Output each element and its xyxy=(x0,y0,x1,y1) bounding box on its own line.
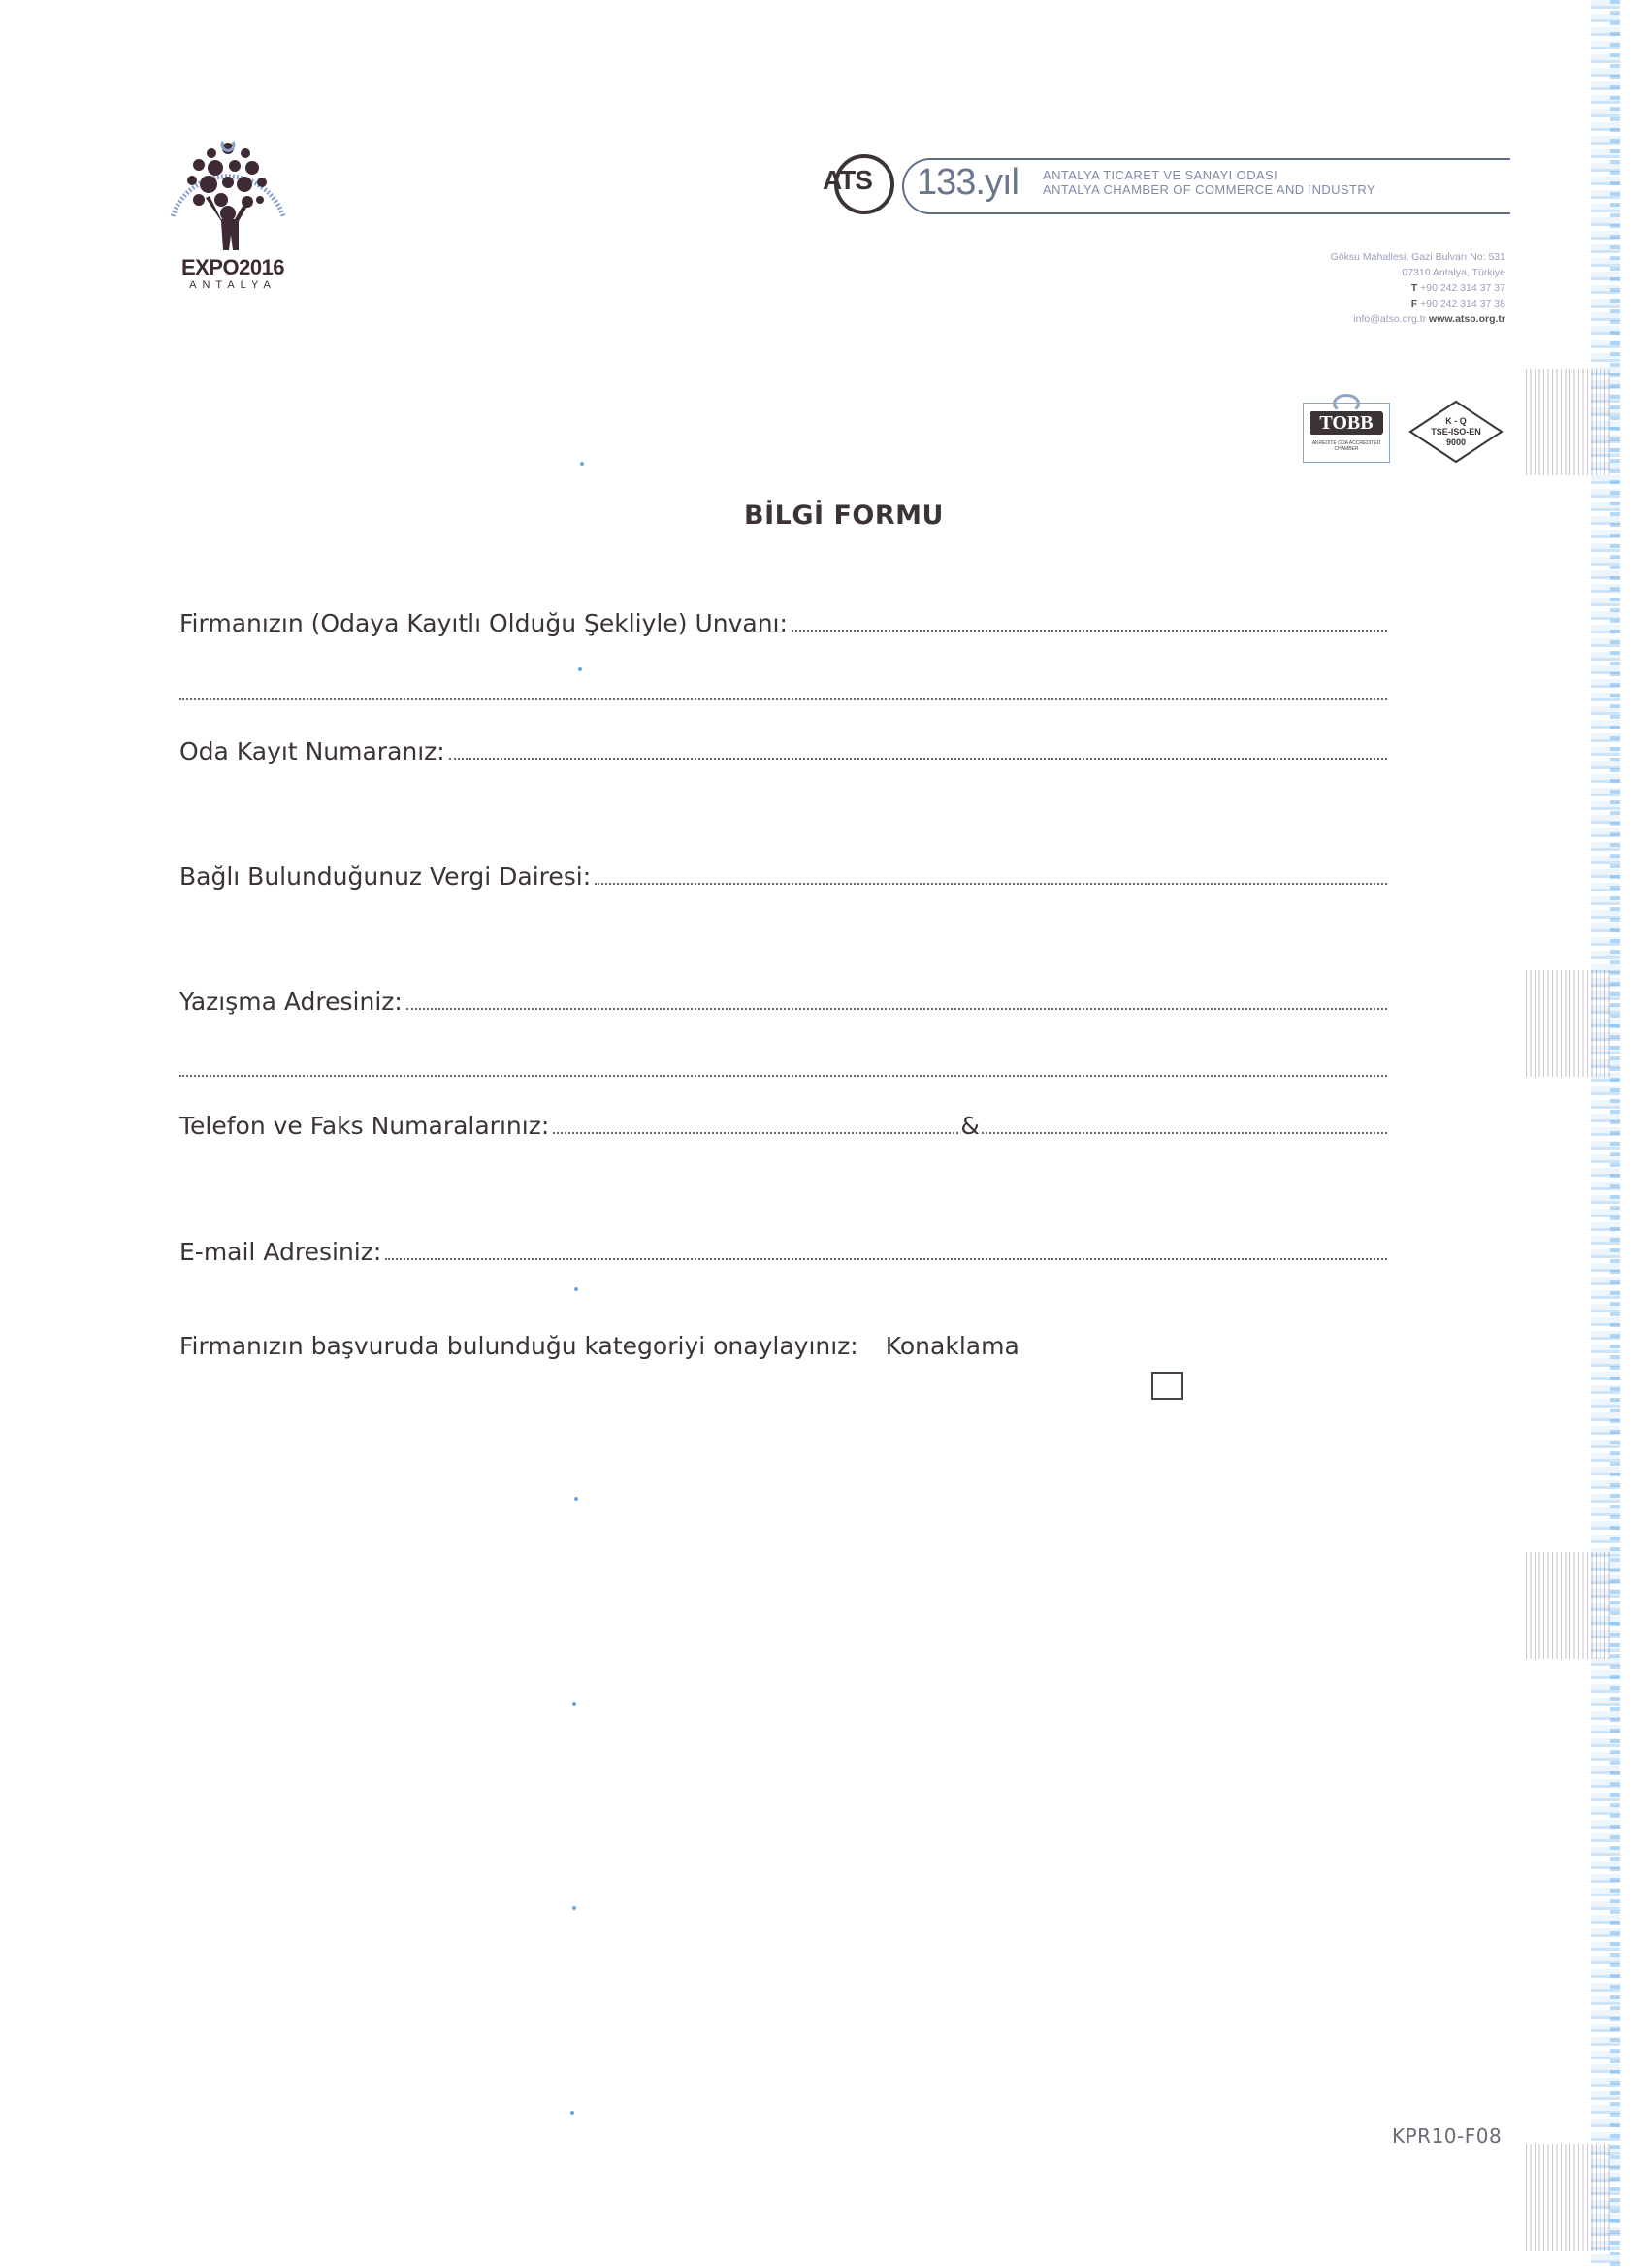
field-phone-fax[interactable]: Telefon ve Faks Numaralarınız: & xyxy=(179,1112,1387,1140)
fill-line[interactable] xyxy=(449,757,1387,760)
tobb-accreditation-logo: TOBB AKREDITE ODA ACCREDITED CHAMBER xyxy=(1303,403,1390,463)
phone-number: +90 242 314 37 37 xyxy=(1420,282,1505,294)
form-code: KPR10-F08 xyxy=(1392,2124,1502,2148)
address-line-1: Göksu Mahallesi, Gazi Bulvarı No: 531 xyxy=(1331,249,1505,265)
fax-number: +90 242 314 37 38 xyxy=(1420,298,1505,309)
scan-speck xyxy=(580,462,584,466)
tobb-label: TOBB xyxy=(1309,411,1383,435)
field-tax-office[interactable]: Bağlı Bulunduğunuz Vergi Dairesi: xyxy=(179,862,1387,891)
phone-line: T +90 242 314 37 37 xyxy=(1331,280,1505,296)
org-name-tr: ANTALYA TICARET VE SANAYI ODASI xyxy=(1043,168,1375,182)
field-label: Bağlı Bulunduğunuz Vergi Dairesi: xyxy=(179,862,591,891)
scan-streak xyxy=(1523,369,1610,475)
org-name-en: ANTALYA CHAMBER OF COMMERCE AND INDUSTRY xyxy=(1043,182,1375,197)
scan-streak xyxy=(1610,0,1620,2268)
fill-line[interactable] xyxy=(595,882,1387,885)
scan-speck xyxy=(578,667,582,671)
category-option: Konaklama xyxy=(886,1332,1019,1360)
fax-prefix: F xyxy=(1411,298,1417,309)
field-email[interactable]: E-mail Adresiniz: xyxy=(179,1238,1387,1266)
fill-line[interactable] xyxy=(792,629,1387,632)
kq-line-2: TSE-ISO-EN xyxy=(1406,427,1505,437)
ats-letters: ATS xyxy=(823,165,872,196)
category-prompt: Firmanızın başvuruda bulunduğu kategoriy… xyxy=(179,1332,858,1360)
field-label: Oda Kayıt Numaranız: xyxy=(179,737,445,765)
field-label: Yazışma Adresiniz: xyxy=(179,988,403,1016)
web-line: info@atso.org.tr www.atso.org.tr xyxy=(1331,311,1505,327)
field-registration-number[interactable]: Oda Kayıt Numaranız: xyxy=(179,737,1387,765)
field-label: E-mail Adresiniz: xyxy=(179,1238,381,1266)
scan-speck xyxy=(570,2111,574,2115)
field-label: Telefon ve Faks Numaralarınız: xyxy=(179,1112,549,1140)
fill-line-continued[interactable] xyxy=(179,1075,1387,1077)
expo-subtitle: ANTALYA xyxy=(175,279,291,291)
kq-line-1: K - Q xyxy=(1406,416,1505,427)
scan-speck xyxy=(572,1702,576,1706)
org-name: ANTALYA TICARET VE SANAYI ODASI ANTALYA … xyxy=(1043,168,1375,197)
contact-block: Göksu Mahallesi, Gazi Bulvarı No: 531 07… xyxy=(1331,249,1505,327)
phone-prefix: T xyxy=(1411,282,1417,294)
email-link[interactable]: info@atso.org.tr xyxy=(1353,313,1426,325)
tobb-subtitle: AKREDITE ODA ACCREDITED CHAMBER xyxy=(1308,440,1385,452)
kq-text: K - Q TSE-ISO-EN 9000 xyxy=(1406,416,1505,448)
fax-line: F +90 242 314 37 38 xyxy=(1331,296,1505,311)
kq-line-3: 9000 xyxy=(1406,437,1505,448)
category-confirmation: Firmanızın başvuruda bulunduğu kategoriy… xyxy=(179,1332,1019,1360)
field-label: Firmanızın (Odaya Kayıtlı Olduğu Şekliyl… xyxy=(179,609,788,637)
ats-header-logo: ATS 133.yıl ANTALYA TICARET VE SANAYI OD… xyxy=(824,150,1508,223)
fill-line-continued[interactable] xyxy=(179,698,1387,700)
tree-person-icon xyxy=(155,124,301,255)
fill-line[interactable] xyxy=(385,1257,1387,1260)
scan-streak xyxy=(1523,1552,1610,1659)
crescent-icon xyxy=(1333,394,1360,413)
website-link[interactable]: www.atso.org.tr xyxy=(1429,313,1505,325)
fax-fill-line[interactable] xyxy=(982,1131,1387,1134)
tse-iso-logo: K - Q TSE-ISO-EN 9000 xyxy=(1406,398,1505,466)
ats-year: 133.yıl xyxy=(917,162,1018,204)
field-mailing-address[interactable]: Yazışma Adresiniz: xyxy=(179,988,1387,1016)
separator: & xyxy=(958,1112,982,1140)
scan-speck xyxy=(574,1497,578,1501)
expo-2016-logo: EXPO2016 ANTALYA xyxy=(155,124,301,299)
expo-title: EXPO2016 xyxy=(175,255,291,280)
konaklama-checkbox[interactable] xyxy=(1151,1372,1183,1400)
fill-line[interactable] xyxy=(406,1007,1387,1010)
address-line-2: 07310 Antalya, Türkiye xyxy=(1331,265,1505,280)
field-company-title[interactable]: Firmanızın (Odaya Kayıtlı Olduğu Şekliyl… xyxy=(179,609,1387,637)
form-title: BİLGİ FORMU xyxy=(0,501,1649,531)
scan-streak xyxy=(1523,970,1610,1077)
phone-fill-line[interactable] xyxy=(553,1131,958,1134)
scan-speck xyxy=(574,1287,578,1291)
scan-streak xyxy=(1523,2144,1610,2251)
scan-speck xyxy=(572,1906,576,1910)
